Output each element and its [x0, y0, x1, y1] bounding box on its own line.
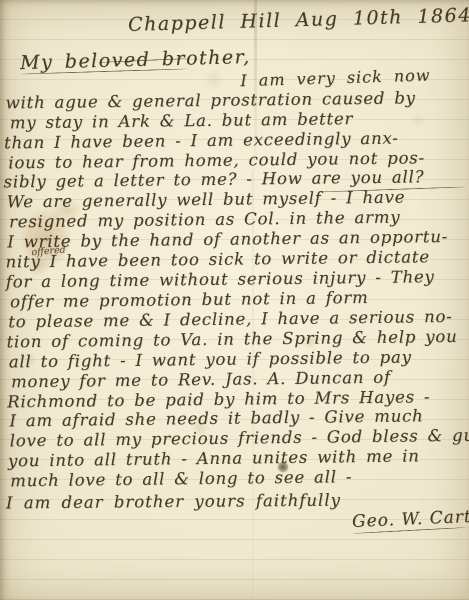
body-line: you into all truth - Anna unites with me…	[8, 446, 420, 470]
body-line: much love to all & long to see all -	[10, 467, 352, 490]
body-line: for a long time without serious injury -…	[6, 267, 435, 291]
paper-crease	[252, 170, 254, 600]
body-line: I am very sick now	[240, 66, 431, 91]
paper-crease	[254, 0, 257, 170]
letter-page: Chappell Hill Aug 10th 1864. My beloved …	[0, 0, 469, 600]
body-line: with ague & general prostration caused b…	[5, 88, 415, 112]
closing-line: I am dear brother yours faithfully	[6, 491, 341, 513]
